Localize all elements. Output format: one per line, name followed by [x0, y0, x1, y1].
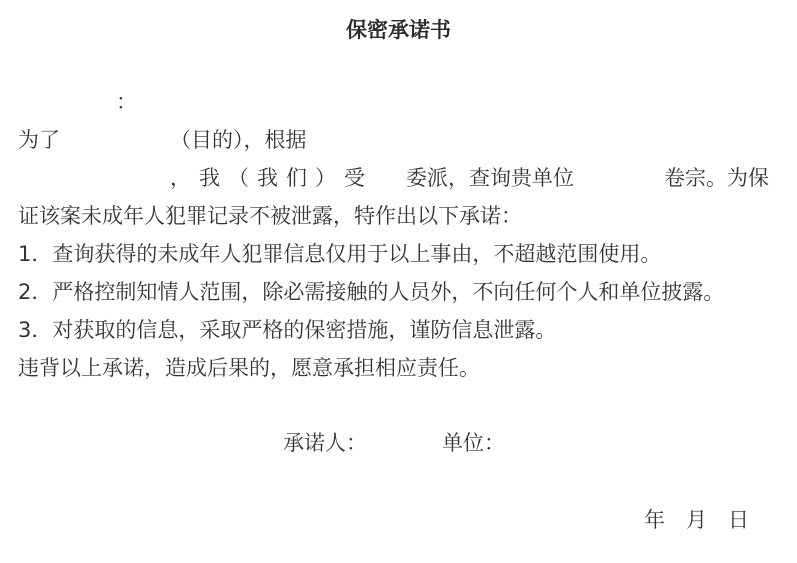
- entrust-seg3-text: 卷宗。为保: [664, 166, 769, 190]
- blank-space: [367, 449, 442, 450]
- list-item-3: 3．对获取的信息，采取严格的保密措施，谨防信息泄露。: [18, 311, 779, 349]
- liability-line: 违背以上承诺，造成后果的，愿意承担相应责任。: [18, 349, 779, 387]
- guarantee-line: 证该案未成年人犯罪记录不被泄露，特作出以下承诺：: [18, 197, 779, 235]
- date-line: 年 月 日: [18, 501, 779, 539]
- unit-label: 单位：: [442, 431, 505, 455]
- salutation-line: ：: [18, 83, 779, 121]
- list-item-2: 2．严格控制知情人范围，除必需接触的人员外，不向任何个人和单位披露。: [18, 273, 779, 311]
- blank-space: [18, 449, 283, 450]
- blank-space: [18, 108, 116, 109]
- promisor-label: 承诺人：: [283, 431, 367, 455]
- purpose-line: 为了（目的），根据: [18, 121, 779, 159]
- blank-space: [373, 184, 406, 185]
- purpose-pre-text: 为了: [18, 128, 60, 152]
- document-body: ： 为了（目的），根据 ，我（我们）受委派，查询贵单位卷宗。为保 证该案未成年人…: [0, 83, 797, 539]
- purpose-post-text: （目的），根据: [170, 128, 307, 152]
- signature-line: 承诺人：单位：: [18, 424, 779, 462]
- blank-space: [574, 184, 664, 185]
- document-title: 保密承诺书: [0, 0, 797, 45]
- salutation-colon: ：: [116, 90, 137, 114]
- entrust-line: ，我（我们）受委派，查询贵单位卷宗。为保: [18, 159, 779, 197]
- list-item-1: 1．查询获得的未成年人犯罪信息仅用于以上事由，不超越范围使用。: [18, 235, 779, 273]
- entrust-seg2-text: 委派，查询贵单位: [406, 166, 574, 190]
- entrust-seg1-text: ，我（我们）受: [170, 166, 373, 190]
- blank-space: [18, 184, 170, 185]
- document-page: 保密承诺书 ： 为了（目的），根据 ，我（我们）受委派，查询贵单位卷宗。为保 证…: [0, 0, 797, 563]
- blank-space: [60, 146, 170, 147]
